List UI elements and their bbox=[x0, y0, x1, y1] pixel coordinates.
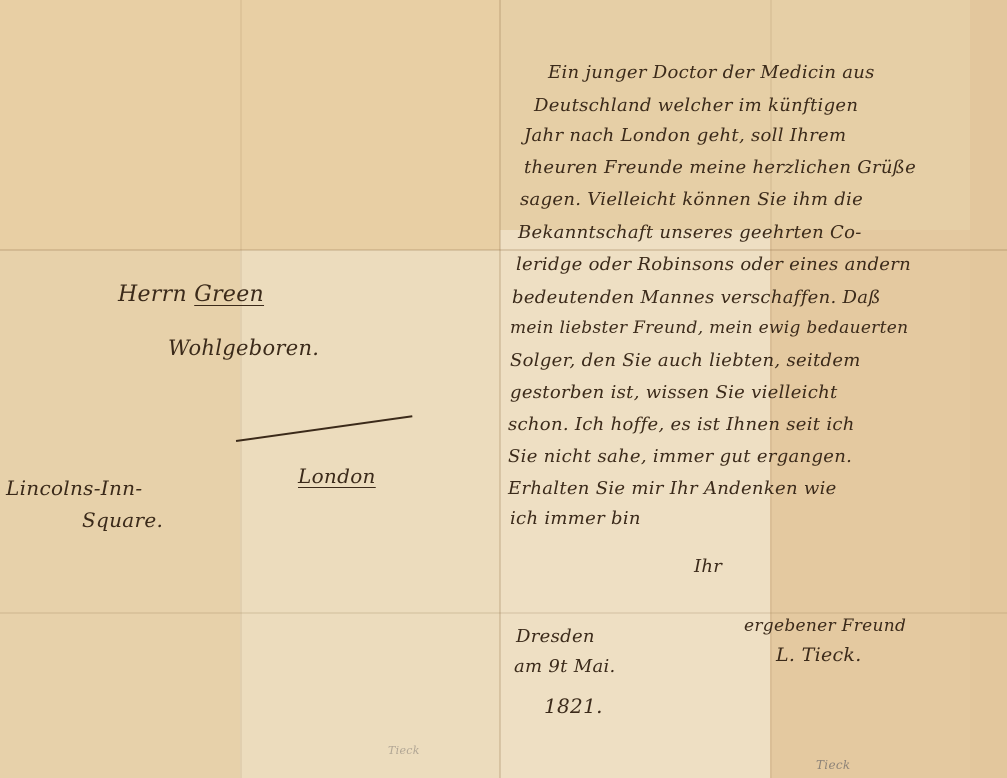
place-dresden: Dresden bbox=[516, 626, 595, 647]
letter-line: ich immer bin bbox=[510, 508, 641, 529]
date-line: am 9t Mai. bbox=[514, 656, 616, 677]
letter-line: mein liebster Freund, mein ewig bedauert… bbox=[510, 318, 908, 338]
letter-line: Erhalten Sie mir Ihr Andenken wie bbox=[508, 478, 837, 499]
recipient-line: Herrn Green bbox=[118, 282, 264, 307]
letter-line: Jahr nach London geht, soll Ihrem bbox=[524, 125, 846, 146]
letter-line: Solger, den Sie auch liebten, seitdem bbox=[510, 350, 861, 371]
recipient-honorific: Wohlgeboren. bbox=[168, 336, 319, 360]
letter-line: sagen. Vielleicht können Sie ihm die bbox=[520, 189, 863, 210]
fold-line-left bbox=[240, 0, 242, 778]
closing-ergebener-freund: ergebener Freund bbox=[744, 616, 906, 636]
letter-line: Bekanntschaft unseres geehrten Co- bbox=[518, 222, 862, 243]
fold-line-horizontal-lower bbox=[0, 612, 1007, 614]
year: 1821. bbox=[544, 694, 603, 718]
letter-sheet: Herrn Green Wohlgeboren. Lincolns-Inn- S… bbox=[0, 0, 1007, 778]
letter-line: bedeutenden Mannes verschaffen. Daß bbox=[512, 287, 881, 308]
letter-line: gestorben ist, wissen Sie vielleicht bbox=[510, 382, 838, 403]
letter-line: theuren Freunde meine herzlichen Grüße bbox=[524, 157, 916, 178]
paper-left-light-panel bbox=[240, 250, 500, 778]
signature: L. Tieck. bbox=[776, 644, 862, 666]
fold-line-horizontal bbox=[0, 249, 1007, 251]
recipient-name: Green bbox=[194, 282, 264, 307]
letter-line: schon. Ich hoffe, es ist Ihnen seit ich bbox=[508, 414, 855, 435]
pencil-annotation-left: Tieck bbox=[388, 744, 420, 757]
letter-line: Ein junger Doctor der Medicin aus bbox=[548, 62, 875, 83]
street-line-1: Lincolns-Inn- bbox=[6, 476, 142, 500]
paper-right-edge bbox=[970, 0, 1007, 778]
street-line-2: Square. bbox=[82, 508, 163, 532]
city-london: London bbox=[298, 464, 376, 488]
fold-line-center bbox=[499, 0, 501, 778]
pencil-annotation-right: Tieck bbox=[816, 758, 850, 772]
letter-line: Sie nicht sahe, immer gut ergangen. bbox=[508, 446, 852, 467]
closing-ihr: Ihr bbox=[694, 556, 722, 577]
letter-line: leridge oder Robinsons oder eines andern bbox=[516, 254, 911, 275]
paper-left-top bbox=[0, 0, 500, 250]
recipient-prefix: Herrn bbox=[118, 282, 187, 307]
paper-right-light-panel bbox=[500, 230, 770, 778]
letter-line: Deutschland welcher im künftigen bbox=[534, 95, 858, 116]
